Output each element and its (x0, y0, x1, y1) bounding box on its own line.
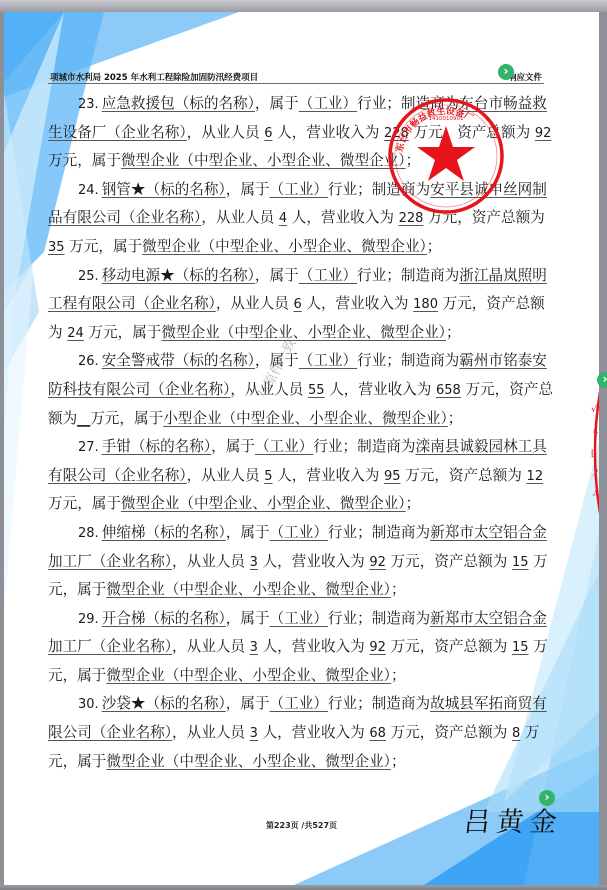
label-text: ； (391, 581, 406, 598)
label-text: 元，属于 (48, 667, 106, 684)
numeric-value: 15 (512, 555, 529, 570)
entry-item: 25.移动电源★（标的名称），属于（工业）行业；制造商为浙江晶岚照明工程有限公司… (48, 262, 544, 348)
label-text: 万元，资产总额为 (386, 638, 512, 655)
label-text: ； (391, 667, 406, 684)
industry-value: （工业） (270, 610, 328, 627)
entry-line: 27.手钳（标的名称），属于（工业）行业；制造商为滦南县诚毅园林工具 (48, 433, 544, 462)
item-name: 伸缩梯（标的名称） (102, 524, 226, 541)
entry-item: 30.沙袋★（标的名称），属于（工业）行业；制造商为故城县军拓商贸有限公司（企业… (48, 690, 544, 776)
label-text: ，从业人员 (187, 124, 265, 141)
numeric-value: 55 (308, 383, 325, 398)
company-seal: 东台市畅益救生设备厂 1410010901 (386, 96, 506, 216)
numeric-value: 12 (527, 469, 544, 484)
underlined-value: 微型企业（中型企业、小型企业、微型企业） (106, 667, 391, 684)
entry-line: 工程有限公司（企业名称），从业人员 6 人，营业收入为 180 万元，资产总额 (48, 290, 544, 319)
numeric-value: 8 (512, 726, 520, 741)
svg-text:东台市畅益救生设备厂: 东台市畅益救生设备厂 (393, 105, 475, 153)
label-text: ； (391, 753, 406, 770)
numeric-value: 180 (413, 297, 438, 312)
page-header: 项城市水利局 2025 年水利工程除险加固防汛经费项目 响应文件 (48, 69, 544, 84)
svg-text:⌊: ⌊ (591, 448, 595, 459)
label-text: 万元，资产总 (461, 381, 553, 398)
document-page: 项城市水利局 2025 年水利工程除险加固防汛经费项目 响应文件 23.应急救援… (4, 12, 599, 885)
underlined-value: 品有限公司（企业名称） (48, 209, 201, 226)
label-text: 万元，资产总额为 (386, 724, 512, 741)
entry-line: 元，属于微型企业（中型企业、小型企业、微型企业）； (48, 576, 544, 605)
item-name: 移动电源★（标的名称） (102, 267, 255, 284)
entry-number: 24. (78, 183, 99, 198)
item-name: 开合梯（标的名称） (102, 610, 226, 627)
label-text: ，属于 (255, 95, 299, 112)
svg-text:1410010901: 1410010901 (429, 116, 464, 122)
numeric-value: 3 (250, 726, 258, 741)
manufacturer-name: 新郑市太空铝合金 (430, 610, 547, 627)
manufacturer-name: 新郑市太空铝合金 (430, 524, 547, 541)
label-text: ； (406, 495, 421, 512)
entry-line: 有限公司（企业名称），从业人员 5 人，营业收入为 95 万元，资产总额为 12 (48, 462, 544, 491)
project-title: 项城市水利局 2025 年水利工程除险加固防汛经费项目 (50, 71, 258, 83)
label-text: 人，营业收入为 (258, 638, 369, 655)
label-text: 为 (48, 324, 67, 341)
entry-line: 额为__万元，属于小型企业（中型企业、小型企业、微型企业）； (48, 405, 544, 434)
entry-line: 元，属于微型企业（中型企业、小型企业、微型企业）； (48, 662, 544, 691)
entry-line: 35 万元，属于微型企业（中型企业、小型企业、微型企业）； (48, 233, 544, 262)
label-text: 人，营业收入为 (325, 381, 436, 398)
item-name: 手钳（标的名称） (102, 438, 211, 455)
entry-line: 防科技有限公司（企业名称），从业人员 55 人，营业收入为 658 万元，资产总 (48, 376, 544, 405)
label-text: ，从业人员 (172, 724, 250, 741)
entry-line: 28.伸缩梯（标的名称），属于（工业）行业；制造商为新郑市太空铝合金 (48, 519, 544, 548)
underlined-value: 加工厂（企业名称） (48, 553, 172, 570)
label-text: 万 (529, 553, 548, 570)
label-text: 万元，属于 (84, 324, 162, 341)
signature: 吕黄金 (462, 800, 565, 839)
svg-text:ノ: ノ (591, 469, 599, 479)
label-text: ，从业人员 (172, 553, 250, 570)
numeric-value: 92 (369, 640, 386, 655)
label-text: 人，营业收入为 (273, 124, 384, 141)
label-text: 元，属于 (48, 581, 106, 598)
entry-line: 元，属于微型企业（中型企业、小型企业、微型企业）； (48, 748, 544, 777)
label-text: 行业；制造商为 (357, 267, 459, 284)
label-text: ，属于 (226, 610, 270, 627)
label-text: ，从业人员 (172, 638, 250, 655)
label-text: ，属于 (226, 524, 270, 541)
viewer-top-bar (0, 0, 607, 12)
next-arrow-button-bottom[interactable]: › (539, 790, 555, 806)
item-name: 钢管★（标的名称） (102, 181, 226, 198)
label-text: 人，营业收入为 (258, 553, 369, 570)
industry-value: （工业） (270, 695, 328, 712)
label-text: ，属于 (226, 695, 270, 712)
label-text: 额为 (48, 410, 77, 427)
label-text: 万元，资产总额 (438, 295, 545, 312)
industry-value: （工业） (255, 438, 313, 455)
label-text: ，从业人员 (187, 467, 265, 484)
underlined-value: 加工厂（企业名称） (48, 638, 172, 655)
numeric-value: 6 (264, 126, 272, 141)
underlined-value: 微型企业（中型企业、小型企业、微型企业） (106, 753, 391, 770)
label-text: ，属于 (255, 267, 299, 284)
label-text: 人，营业收入为 (287, 209, 398, 226)
viewer-bottom-bar (0, 885, 607, 890)
label-text: ，从业人员 (201, 209, 279, 226)
label-text: 万 (529, 638, 548, 655)
edge-seal-fragment: √ ㄣ ⌊ ノ ㄥ (588, 390, 599, 515)
underlined-value: 生设备厂（企业名称） (48, 124, 187, 141)
entry-line: 限公司（企业名称），从业人员 3 人，营业收入为 68 万元，资产总额为 8 万 (48, 719, 544, 748)
numeric-value: 35 (48, 240, 65, 255)
manufacturer-name: 霸州市铭泰安 (459, 352, 547, 369)
numeric-value: 5 (264, 469, 272, 484)
underlined-value: 微型企业（中型企业、小型企业、微型企业） (142, 238, 427, 255)
label-text: 万 (520, 724, 539, 741)
industry-value: （工业） (299, 267, 357, 284)
numeric-value: 6 (293, 297, 301, 312)
underlined-value: 小型企业（中型企业、小型企业、微型企业） (163, 410, 448, 427)
svg-text:ㄣ: ㄣ (591, 428, 599, 438)
numeric-value: 3 (250, 640, 258, 655)
underlined-value: 限公司（企业名称） (48, 724, 172, 741)
manufacturer-name: 浙江晶岚照明 (459, 267, 547, 284)
chevron-right-icon: › (504, 64, 509, 78)
label-text: 行业；制造商为 (313, 438, 415, 455)
entry-number: 23. (78, 97, 99, 112)
entry-line: 万元，属于微型企业（中型企业、小型企业、微型企业）； (48, 490, 544, 519)
item-name: 沙袋★（标的名称） (102, 695, 226, 712)
numeric-value: 3 (250, 555, 258, 570)
label-text: 万元，资产总额为 (401, 467, 527, 484)
entry-line: 加工厂（企业名称），从业人员 3 人，营业收入为 92 万元，资产总额为 15 … (48, 633, 544, 662)
chevron-right-icon: › (545, 790, 550, 804)
industry-value: （工业） (270, 524, 328, 541)
underlined-value: 有限公司（企业名称） (48, 467, 187, 484)
svg-text:√: √ (591, 404, 597, 415)
underlined-value: 防科技有限公司（企业名称） (48, 381, 230, 398)
next-arrow-button-edge[interactable]: › (597, 372, 607, 388)
label-text: 行业；制造商为 (328, 610, 430, 627)
label-text: ，属于 (211, 438, 255, 455)
label-text: 元，属于 (48, 753, 106, 770)
label-text: 万元，属于 (48, 152, 121, 169)
manufacturer-name: 滦南县诚毅园林工具 (416, 438, 547, 455)
entry-item: 26.安全警戒带（标的名称），属于（工业）行业；制造商为霸州市铭泰安防科技有限公… (48, 347, 544, 433)
entry-item: 27.手钳（标的名称），属于（工业）行业；制造商为滦南县诚毅园林工具有限公司（企… (48, 433, 544, 519)
entry-number: 30. (78, 697, 99, 712)
label-text: 人，营业收入为 (258, 724, 369, 741)
label-text: ； (446, 324, 461, 341)
entry-number: 26. (78, 354, 99, 369)
label-text: ，从业人员 (216, 295, 294, 312)
label-text: 人，营业收入为 (302, 295, 413, 312)
entry-line: 加工厂（企业名称），从业人员 3 人，营业收入为 92 万元，资产总额为 15 … (48, 548, 544, 577)
numeric-value: 92 (535, 126, 552, 141)
underlined-value: 工程有限公司（企业名称） (48, 295, 216, 312)
label-text: 万元，属于 (48, 495, 121, 512)
svg-text:ㄥ: ㄥ (591, 489, 599, 499)
label-text: ； (448, 410, 463, 427)
numeric-value: 15 (512, 640, 529, 655)
entry-line: 30.沙袋★（标的名称），属于（工业）行业；制造商为故城县军拓商贸有 (48, 690, 544, 719)
label-text: ； (427, 238, 442, 255)
label-text: 万元，资产总额为 (386, 553, 512, 570)
entry-item: 29.开合梯（标的名称），属于（工业）行业；制造商为新郑市太空铝合金加工厂（企业… (48, 605, 544, 691)
industry-value: （工业） (270, 181, 328, 198)
item-name: 安全警戒带（标的名称） (102, 352, 255, 369)
entry-line: 26.安全警戒带（标的名称），属于（工业）行业；制造商为霸州市铭泰安 (48, 347, 544, 376)
underlined-value: 微型企业（中型企业、小型企业、微型企业） (121, 152, 406, 169)
industry-value: （工业） (299, 352, 357, 369)
entry-line: 25.移动电源★（标的名称），属于（工业）行业；制造商为浙江晶岚照明 (48, 262, 544, 291)
numeric-value: 92 (369, 555, 386, 570)
numeric-value: 95 (384, 469, 401, 484)
label-text: 行业；制造商为 (357, 352, 459, 369)
numeric-value: 24 (67, 326, 84, 341)
label-text: 行业；制造商为 (328, 524, 430, 541)
numeric-value: 68 (369, 726, 386, 741)
numeric-value: 4 (279, 211, 287, 226)
entry-item: 28.伸缩梯（标的名称），属于（工业）行业；制造商为新郑市太空铝合金加工厂（企业… (48, 519, 544, 605)
numeric-value: 658 (436, 383, 461, 398)
label-text: 行业；制造商为 (328, 695, 430, 712)
entry-number: 29. (78, 612, 99, 627)
label-text: 人，营业收入为 (273, 467, 384, 484)
label-text: 万元，属于 (90, 410, 163, 427)
next-arrow-button-top[interactable]: › (498, 64, 514, 80)
industry-value: （工业） (299, 95, 357, 112)
manufacturer-name: 故城县军拓商贸有 (430, 695, 547, 712)
entry-number: 25. (78, 269, 99, 284)
underlined-value: 微型企业（中型企业、小型企业、微型企业） (161, 324, 446, 341)
chevron-right-icon: › (603, 372, 607, 386)
underlined-value: 微型企业（中型企业、小型企业、微型企业） (121, 495, 406, 512)
item-name: 应急救援包（标的名称） (102, 95, 255, 112)
label-text: ，属于 (226, 181, 270, 198)
entry-line: 29.开合梯（标的名称），属于（工业）行业；制造商为新郑市太空铝合金 (48, 605, 544, 634)
numeric-value: __ (77, 412, 90, 427)
label-text: 万元，属于 (65, 238, 143, 255)
entry-number: 27. (78, 440, 99, 455)
entry-number: 28. (78, 526, 99, 541)
underlined-value: 微型企业（中型企业、小型企业、微型企业） (106, 581, 391, 598)
